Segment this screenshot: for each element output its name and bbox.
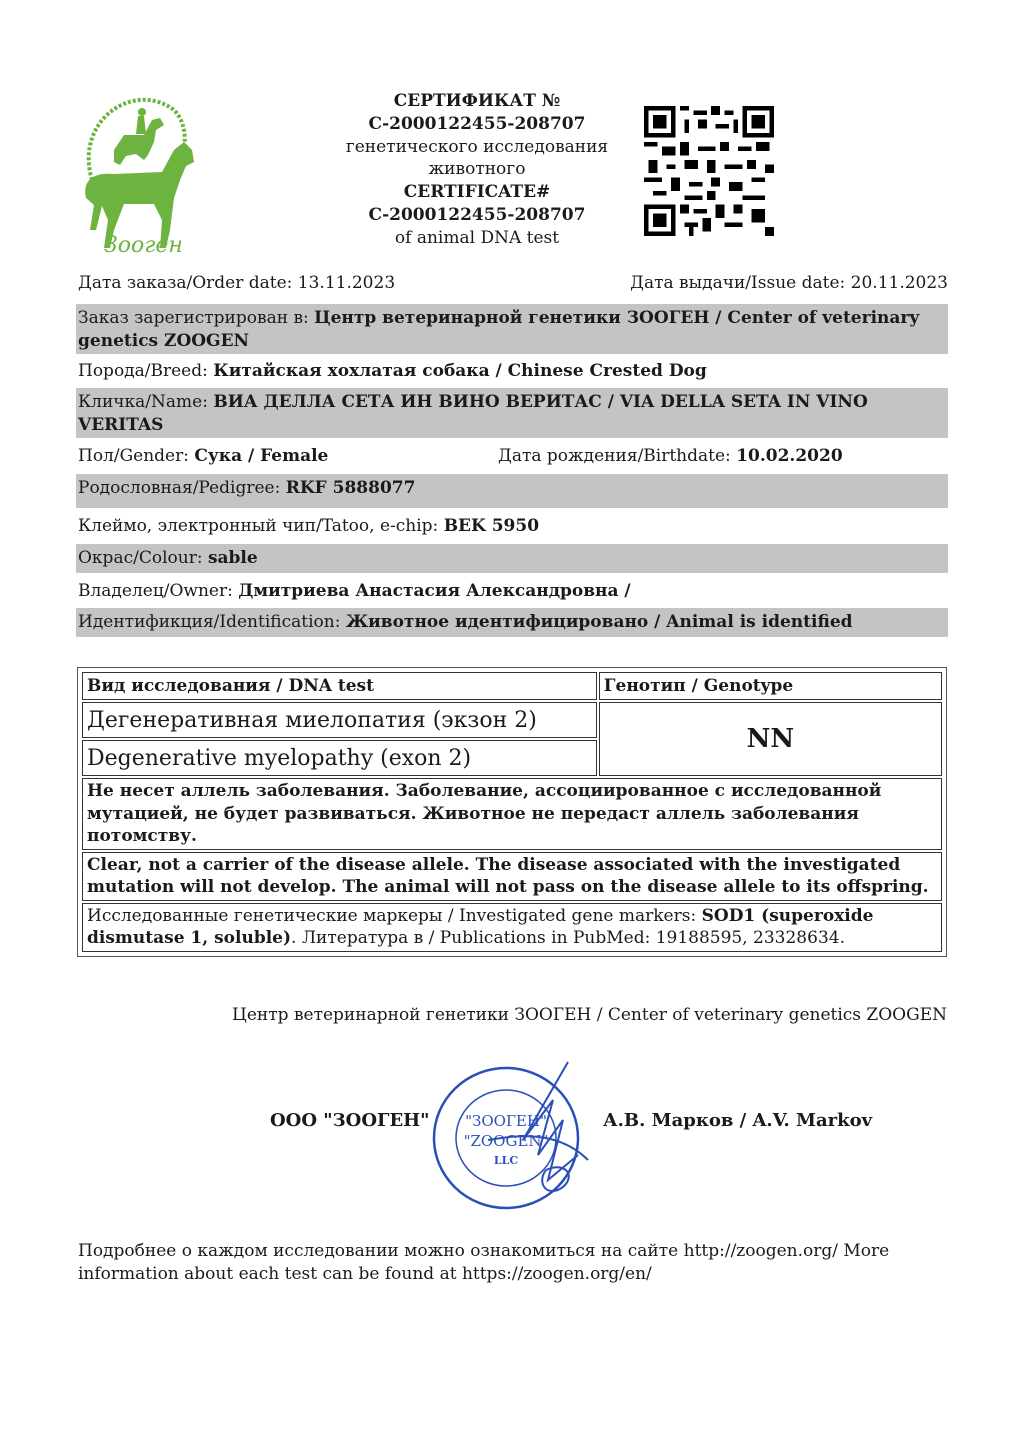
info-name: Кличка/Name: ВИА ДЕЛЛА СЕТА ИН ВИНО ВЕРИ… [76, 388, 948, 438]
svg-text:Зооген: Зооген [104, 233, 183, 258]
title-en-heading: CERTIFICATE# [330, 181, 624, 204]
info-owner: Владелец/Owner: Дмитриева Анастасия Алек… [76, 577, 948, 606]
results-table: Вид исследования / DNA test Генотип / Ge… [77, 667, 947, 957]
header-dna-test: Вид исследования / DNA test [82, 672, 597, 700]
title-ru-sub2: животного [330, 158, 624, 181]
svg-text:"ZOOGEN": "ZOOGEN" [464, 1132, 549, 1150]
info-pedigree: Родословная/Pedigree: RKF 5888077 [76, 474, 948, 508]
signer-name: А.В. Марков / A.V. Markov [603, 1110, 872, 1131]
title-ru-heading: СЕРТИФИКАТ № [330, 90, 624, 113]
title-ru-number: C-2000122455-208707 [330, 113, 624, 136]
info-chip: Клеймо, электронный чип/Tatoo, e-chip: B… [76, 512, 948, 541]
svg-text:LLC: LLC [494, 1154, 518, 1167]
header-genotype: Генотип / Genotype [599, 672, 942, 700]
stamp-icon: "ЗООГЕН" "ZOOGEN" LLC [428, 1060, 598, 1212]
footer-info: Подробнее о каждом исследовании можно оз… [78, 1240, 948, 1285]
gene-markers: Исследованные генетические маркеры / Inv… [82, 903, 942, 952]
info-birthdate: Дата рождения/Birthdate: 10.02.2020 [498, 445, 843, 468]
certificate-title: СЕРТИФИКАТ № C-2000122455-208707 генетич… [330, 90, 624, 250]
genotype-value: NN [599, 702, 942, 776]
official-stamp: "ЗООГЕН" "ZOOGEN" LLC [428, 1060, 598, 1212]
order-date: Дата заказа/Order date: 13.11.2023 [78, 273, 395, 293]
center-name: Центр ветеринарной генетики ЗООГЕН / Cen… [220, 1005, 947, 1025]
title-en-sub: of animal DNA test [330, 227, 624, 250]
qr-code[interactable] [644, 106, 774, 236]
result-description-en: Clear, not a carrier of the disease alle… [82, 852, 942, 901]
info-identification: Идентификция/Identification: Животное ид… [76, 608, 948, 637]
title-ru-sub1: генетического исследования [330, 136, 624, 159]
qr-code-icon [644, 106, 774, 236]
company-name: ООО "ЗООГЕН" [270, 1110, 430, 1131]
dates-row: Дата заказа/Order date: 13.11.2023 Дата … [78, 273, 948, 293]
info-gender-birthdate: Пол/Gender: Сука / Female Дата рождения/… [76, 442, 948, 471]
info-breed: Порода/Breed: Китайская хохлатая собака … [76, 357, 948, 386]
result-description-ru: Не несет аллель заболевания. Заболевание… [82, 778, 942, 850]
info-gender: Пол/Gender: Сука / Female [78, 445, 498, 468]
info-registered: Заказ зарегистрирован в: Центр ветеринар… [76, 304, 948, 354]
info-colour: Окрас/Colour: sable [76, 544, 948, 573]
title-en-number: C-2000122455-208707 [330, 204, 624, 227]
test-name-en: Degenerative myelopathy (exon 2) [82, 740, 597, 776]
zoogen-logo: Зооген [74, 80, 198, 262]
horse-rider-logo-icon: Зооген [74, 80, 198, 262]
test-name-ru: Дегенеративная миелопатия (экзон 2) [82, 702, 597, 738]
issue-date: Дата выдачи/Issue date: 20.11.2023 [630, 273, 948, 293]
